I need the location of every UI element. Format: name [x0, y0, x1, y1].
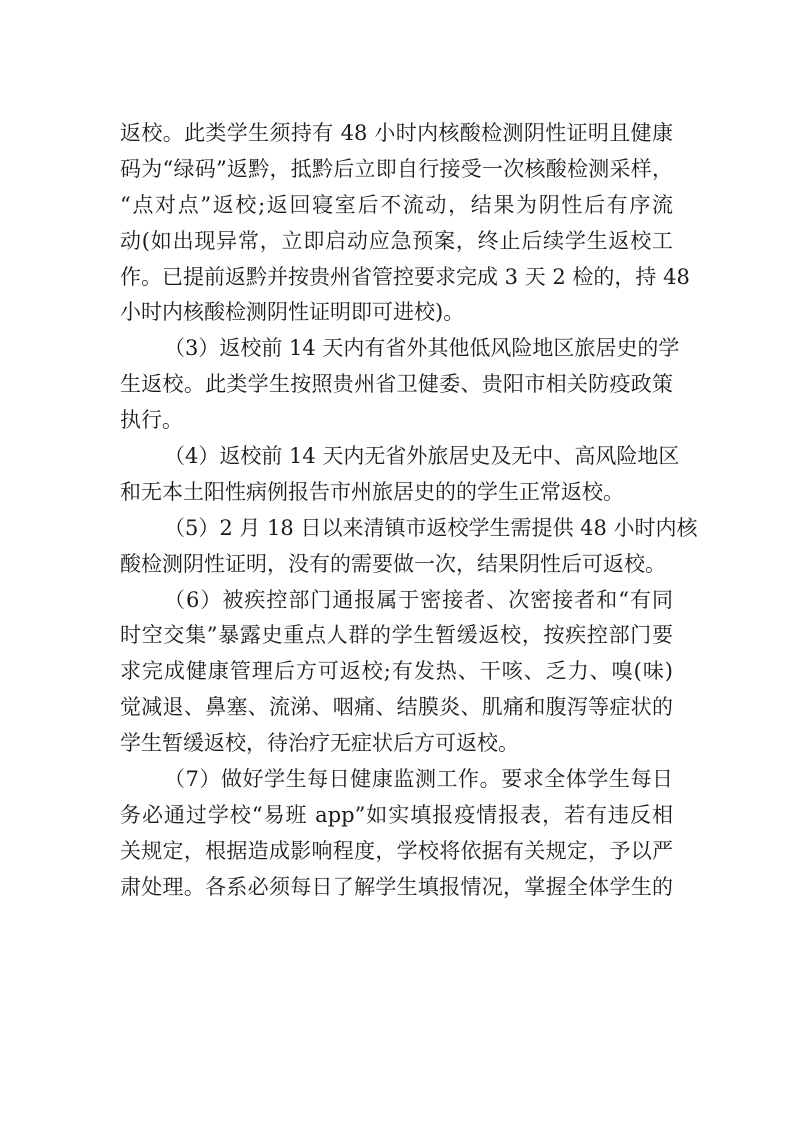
text-line: “点对点”返校;返回寝室后不流动，结果为阴性后有序流 — [120, 188, 673, 224]
text-line: 觉减退、鼻塞、流涕、咽痛、结膜炎、肌痛和腹泻等症状的 — [120, 690, 673, 726]
text-line: 动(如出现异常，立即启动应急预案，终止后续学生返校工 — [120, 224, 673, 260]
text-line: 酸检测阴性证明，没有的需要做一次，结果阴性后可返校。 — [120, 547, 673, 583]
text-line: 务必通过学校“易班 app”如实填报疫情报表，若有违反相 — [120, 798, 673, 834]
paragraph-item-3: （3）返校前 14 天内有省外其他低风险地区旅居史的学 生返校。此类学生按照贵州… — [120, 331, 673, 439]
paragraph-item-7: （7）做好学生每日健康监测工作。要求全体学生每日 务必通过学校“易班 app”如… — [120, 762, 673, 906]
text-line: 时空交集”暴露史重点人群的学生暂缓返校，按疾控部门要 — [120, 618, 673, 654]
text-line: （4）返校前 14 天内无省外旅居史及无中、高风险地区 — [120, 439, 673, 475]
text-line: （6）被疾控部门通报属于密接者、次密接者和“有同 — [120, 583, 673, 619]
paragraph-continued: 返校。此类学生须持有 48 小时内核酸检测阴性证明且健康 码为“绿码”返黔，抵黔… — [120, 116, 673, 331]
text-line: 和无本土阳性病例报告市州旅居史的的学生正常返校。 — [120, 475, 673, 511]
text-line: （3）返校前 14 天内有省外其他低风险地区旅居史的学 — [120, 331, 673, 367]
document-body: 返校。此类学生须持有 48 小时内核酸检测阴性证明且健康 码为“绿码”返黔，抵黔… — [120, 116, 673, 906]
text-line: 学生暂缓返校，待治疗无症状后方可返校。 — [120, 726, 673, 762]
text-line: 返校。此类学生须持有 48 小时内核酸检测阴性证明且健康 — [120, 116, 673, 152]
paragraph-item-5: （5）2 月 18 日以来清镇市返校学生需提供 48 小时内核 酸检测阴性证明，… — [120, 511, 673, 583]
text-line: 作。已提前返黔并按贵州省管控要求完成 3 天 2 检的，持 48 — [120, 260, 673, 296]
text-line: 执行。 — [120, 403, 673, 439]
text-line: 小时内核酸检测阴性证明即可进校)。 — [120, 295, 673, 331]
text-line: 关规定，根据造成影响程度，学校将依据有关规定，予以严 — [120, 834, 673, 870]
text-line: （5）2 月 18 日以来清镇市返校学生需提供 48 小时内核 — [120, 511, 673, 547]
paragraph-item-4: （4）返校前 14 天内无省外旅居史及无中、高风险地区 和无本土阳性病例报告市州… — [120, 439, 673, 511]
text-line: （7）做好学生每日健康监测工作。要求全体学生每日 — [120, 762, 673, 798]
document-page: 返校。此类学生须持有 48 小时内核酸检测阴性证明且健康 码为“绿码”返黔，抵黔… — [0, 0, 793, 1122]
text-line: 求完成健康管理后方可返校;有发热、干咳、乏力、嗅(味) — [120, 654, 673, 690]
paragraph-item-6: （6）被疾控部门通报属于密接者、次密接者和“有同 时空交集”暴露史重点人群的学生… — [120, 583, 673, 762]
text-line: 肃处理。各系必须每日了解学生填报情况，掌握全体学生的 — [120, 870, 673, 906]
text-line: 生返校。此类学生按照贵州省卫健委、贵阳市相关防疫政策 — [120, 367, 673, 403]
text-line: 码为“绿码”返黔，抵黔后立即自行接受一次核酸检测采样， — [120, 152, 673, 188]
